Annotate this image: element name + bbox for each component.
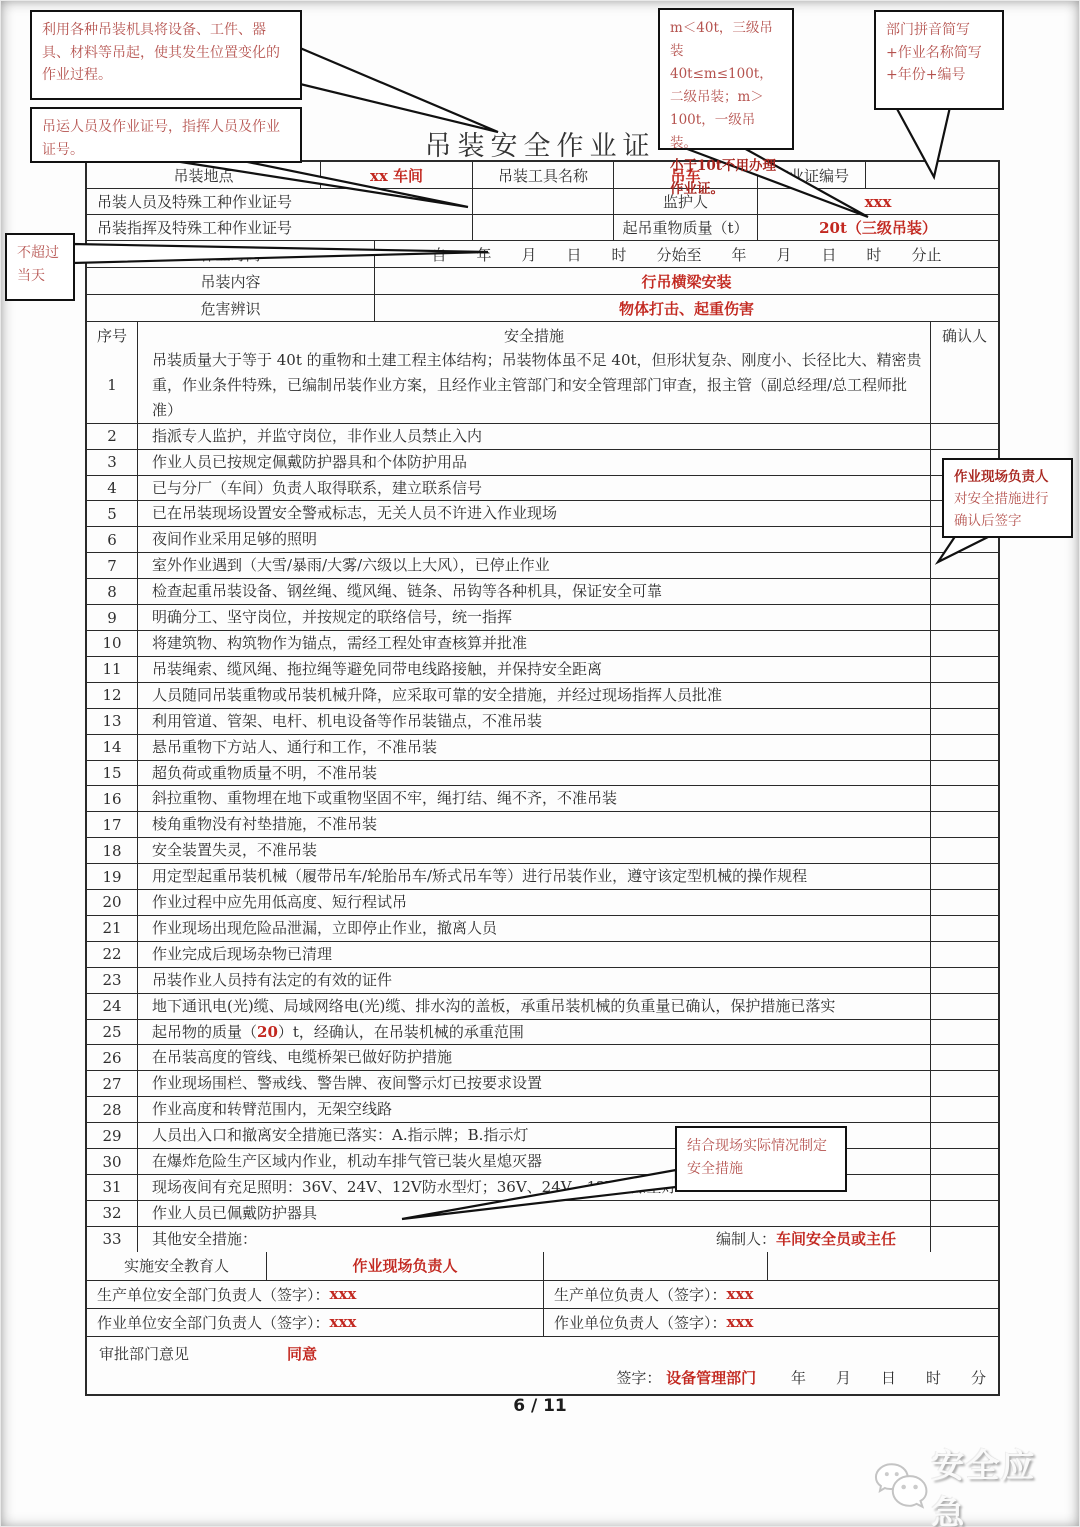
measure-text: 已在吊装现场设置安全警戒标志，无关人员不许进入作业现场 — [137, 501, 930, 526]
measure-no: 28 — [87, 1097, 137, 1122]
measure-confirm-cell — [930, 968, 998, 993]
measure-row: 10将建筑物、构筑物作为锚点，需经工程处审查核算并批准 — [87, 630, 998, 656]
measure-no: 4 — [87, 476, 137, 501]
measure-row: 20作业过程中应先用低高度、短行程试吊 — [87, 889, 998, 915]
measure-no: 31 — [87, 1175, 137, 1200]
measure-text: 地下通讯电(光)缆、局域网络电(光)缆、排水沟的盖板，承重吊装机械的负重量已确认… — [137, 994, 930, 1019]
measure-row: 11吊装绳索、缆风绳、拖拉绳等避免同带电线路接触，并保持安全距离 — [87, 656, 998, 682]
work-head-label: 作业单位负责人（签字）： — [554, 1312, 727, 1333]
location-value: xx 车间 — [320, 162, 472, 188]
measure-no: 8 — [87, 579, 137, 604]
measure-row: 18安全装置失灵，不准吊装 — [87, 837, 998, 863]
measure-row: 28作业高度和转臂范围内，无架空线路 — [87, 1096, 998, 1122]
sign-dept: 设备管理部门 — [666, 1369, 756, 1387]
measure-row: 13利用管道、管架、电杆、机电设备等作吊装锚点，不准吊装 — [87, 708, 998, 734]
row-work-sign: 作业单位安全部门负责人（签字）： xxx 作业单位负责人（签字）： xxx — [87, 1308, 998, 1336]
measure-row: 25起吊物的质量（20）t，经确认，在吊装机械的承重范围 — [87, 1019, 998, 1045]
row-commander: 吊装指挥及特殊工种作业证号 起吊重物质量（t） 20t（三级吊装） — [87, 214, 998, 240]
measure-row: 8检查起重吊装设备、钢丝绳、缆风绳、链条、吊钩等各种机具，保证安全可靠 — [87, 578, 998, 604]
hazard-label: 危害辨识 — [87, 295, 374, 321]
measure-row: 30在爆炸危险生产区域内作业，机动车排气管已装火星熄灭器 — [87, 1148, 998, 1174]
measure-row: 15超负荷或重物质量不明，不准吊装 — [87, 760, 998, 786]
permit-no-value — [865, 162, 998, 188]
measure-no: 33 — [87, 1227, 137, 1252]
measure-text: 其他安全措施：编制人：车间安全员或主任 — [137, 1227, 930, 1252]
callout-permit-no-note: 部门拼音简写+作业名称简写+年份+编号 — [874, 10, 1004, 110]
measure-no: 27 — [87, 1071, 137, 1096]
document-page: 吊装安全作业证 吊装地点 xx 车间 吊装工具名称 吊车 作业证编号 吊装人员及… — [0, 0, 1080, 1527]
measure-no: 20 — [87, 890, 137, 915]
work-safety-value: xxx — [330, 1313, 357, 1331]
measure-row: 31现场夜间有充足照明：36V、24V、12V防水型灯；36V、24V、12V防… — [87, 1174, 998, 1200]
measure-no: 11 — [87, 657, 137, 682]
callout-time-note: 不超过当天 — [5, 233, 75, 301]
content-label: 吊装内容 — [87, 268, 374, 294]
measure-confirm-cell — [930, 1175, 998, 1200]
workers-label: 吊装人员及特殊工种作业证号 — [87, 189, 472, 214]
measure-no: 1 — [87, 348, 137, 423]
measure-row: 27作业现场围栏、警戒线、警告牌、夜间警示灯已按要求设置 — [87, 1070, 998, 1096]
measure-row: 5已在吊装现场设置安全警戒标志，无关人员不许进入作业现场 — [87, 500, 998, 526]
measure-confirm-cell — [930, 786, 998, 811]
commander-label: 吊装指挥及特殊工种作业证号 — [87, 215, 472, 240]
measure-row: 26在吊装高度的管线、电缆桥架已做好防护措施 — [87, 1044, 998, 1070]
measure-no: 21 — [87, 916, 137, 941]
row-hazard: 危害辨识 物体打击、起重伤害 — [87, 294, 998, 321]
measure-text: 作业过程中应先用低高度、短行程试吊 — [137, 890, 930, 915]
callout-personnel-note: 吊运人员及作业证号，指挥人员及作业证号。 — [30, 107, 302, 163]
measure-no: 16 — [87, 786, 137, 811]
measure-text: 作业现场出现危险品泄漏，立即停止作业，撤离人员 — [137, 916, 930, 941]
compiler-value: 车间安全员或主任 — [776, 1230, 896, 1248]
approval-label: 审批部门意见 — [99, 1343, 189, 1364]
measure-confirm-cell — [930, 657, 998, 682]
sign-date-blanks — [761, 1369, 791, 1387]
location-label: 吊装地点 — [87, 162, 320, 188]
measure-text: 棱角重物没有衬垫措施，不准吊装 — [137, 812, 930, 837]
measure-right-note: 编制人：车间安全员或主任 — [716, 1227, 922, 1252]
measure-row: 19用定型起重吊装机械（履带吊车/轮胎吊车/矫式吊车等）进行吊装作业，遵守该定型… — [87, 863, 998, 889]
callout-lifting-definition: 利用各种吊装机具将设备、工件、器具、材料等吊起，使其发生位置变化的作业过程。 — [30, 10, 302, 100]
measure-confirm-cell — [930, 605, 998, 630]
chat-bubbles-icon — [870, 1458, 931, 1516]
measure-text: 已与分厂（车间）负责人取得联系，建立联系信号 — [137, 476, 930, 501]
prod-head-label: 生产单位负责人（签字）： — [554, 1284, 727, 1305]
weight-value: 20t（三级吊装） — [757, 215, 998, 240]
time-value: 自 年 月 日 时 分始至 年 月 日 时 分止 — [374, 241, 998, 267]
measure-no: 13 — [87, 709, 137, 734]
measure-no: 25 — [87, 1020, 137, 1045]
confirm-note-bold: 作业现场负责人 — [954, 467, 1061, 489]
measure-confirm-cell — [930, 424, 998, 449]
measure-row: 14悬吊重物下方站人、通行和工作，不准吊装 — [87, 734, 998, 760]
measure-row: 7室外作业遇到（大雪/暴雨/大雾/六级以上大风），已停止作业 — [87, 552, 998, 578]
confirm-note-rest: 对安全措施进行确认后签字 — [954, 491, 1049, 529]
measure-no: 32 — [87, 1201, 137, 1226]
measure-confirm-cell — [930, 890, 998, 915]
measure-text: 检查起重吊装设备、钢丝绳、缆风绳、链条、吊钩等各种机具，保证安全可靠 — [137, 579, 930, 604]
row-content: 吊装内容 行吊横梁安装 — [87, 267, 998, 294]
page-number: 6 / 11 — [0, 1396, 1080, 1416]
measures-header: 序号 安全措施 确认人 — [87, 321, 998, 348]
educator-value: 作业现场负责人 — [266, 1252, 543, 1280]
measure-no: 17 — [87, 812, 137, 837]
measure-confirm-cell — [930, 579, 998, 604]
weight-label: 起吊重物质量（t） — [613, 215, 757, 240]
row-prod-sign: 生产单位安全部门负责人（签字）： xxx 生产单位负责人（签字）： xxx — [87, 1280, 998, 1308]
educator-label: 实施安全教育人 — [87, 1252, 266, 1280]
approval-value: 同意 — [287, 1343, 317, 1364]
work-safety-label: 作业单位安全部门负责人（签字）： — [97, 1312, 330, 1333]
prod-safety-label: 生产单位安全部门负责人（签字）： — [97, 1284, 330, 1305]
measure-row: 2指派专人监护，并监守岗位，非作业人员禁止入内 — [87, 423, 998, 449]
measure-confirm-cell — [930, 761, 998, 786]
measure-text: 夜间作业采用足够的照明 — [137, 527, 930, 552]
commander-value — [472, 215, 613, 240]
measure-confirm-cell — [930, 916, 998, 941]
measure-no: 30 — [87, 1149, 137, 1174]
measure-no: 26 — [87, 1045, 137, 1070]
measure-text: 超负荷或重物质量不明，不准吊装 — [137, 761, 930, 786]
measure-confirm-cell — [930, 1227, 998, 1252]
measure-text: 指派专人监护，并监守岗位，非作业人员禁止入内 — [137, 424, 930, 449]
measure-row: 23吊装作业人员持有法定的有效的证件 — [87, 967, 998, 993]
measure-row: 33其他安全措施：编制人：车间安全员或主任 — [87, 1226, 998, 1252]
work-safety-sign: 作业单位安全部门负责人（签字）： xxx — [87, 1309, 543, 1336]
measure-confirm-cell — [930, 1149, 998, 1174]
measure-confirm-cell — [930, 631, 998, 656]
measure-confirm-cell — [930, 1201, 998, 1226]
measure-text: 在吊装高度的管线、电缆桥架已做好防护措施 — [137, 1045, 930, 1070]
measure-text: 作业现场围栏、警戒线、警告牌、夜间警示灯已按要求设置 — [137, 1071, 930, 1096]
measure-text: 作业完成后现场杂物已清理 — [137, 942, 930, 967]
measure-confirm-cell — [930, 994, 998, 1019]
measure-row: 24地下通讯电(光)缆、局域网络电(光)缆、排水沟的盖板，承重吊装机械的负重量已… — [87, 993, 998, 1019]
measure-no: 29 — [87, 1123, 137, 1148]
measure-text: 室外作业遇到（大雪/暴雨/大雾/六级以上大风），已停止作业 — [137, 553, 930, 578]
measure-no: 10 — [87, 631, 137, 656]
measure-no: 5 — [87, 501, 137, 526]
measure-no: 7 — [87, 553, 137, 578]
guardian-value: xxx — [757, 189, 998, 214]
measure-confirm-cell — [930, 683, 998, 708]
measure-text: 明确分工、坚守岗位，并按规定的联络信号，统一指挥 — [137, 605, 930, 630]
measure-text: 吊装质量大于等于 40t 的重物和土建工程主体结构；吊装物体虽不足 40t，但形… — [137, 348, 930, 423]
grade-note-normal: m＜40t，三级吊装 40t≤m≤100t，二级吊装；m＞100t，一级吊装。 — [670, 20, 773, 151]
measure-confirm-cell — [930, 942, 998, 967]
measure-confirm-cell — [930, 1020, 998, 1045]
prod-safety-value: xxx — [330, 1285, 357, 1303]
time-label: 作业时间 — [87, 241, 374, 267]
measure-no: 14 — [87, 735, 137, 760]
grade-note-bold: 小于10t不用办理作业证。 — [670, 155, 782, 201]
hazard-value: 物体打击、起重伤害 — [374, 295, 998, 321]
measure-row: 29人员出入口和撤离安全措施已落实：A.指示牌；B.指示灯 — [87, 1122, 998, 1148]
measure-confirm-cell — [930, 812, 998, 837]
measure-row: 16斜拉重物、重物埋在地下或重物坚固不牢，绳打结、绳不齐，不准吊装 — [87, 785, 998, 811]
callout-confirm-note: 作业现场负责人 对安全措施进行确认后签字 — [942, 458, 1073, 538]
measure-confirm-cell — [930, 1045, 998, 1070]
row-time: 作业时间 自 年 月 日 时 分始至 年 月 日 时 分止 — [87, 240, 998, 267]
measure-no: 9 — [87, 605, 137, 630]
measure-text: 悬吊重物下方站人、通行和工作，不准吊装 — [137, 735, 930, 760]
measure-confirm-cell — [930, 348, 998, 423]
measure-red-value: 20 — [257, 1023, 278, 1041]
measure-row: 9明确分工、坚守岗位，并按规定的联络信号，统一指挥 — [87, 604, 998, 630]
measure-row: 4已与分厂（车间）负责人取得联系，建立联系信号 — [87, 475, 998, 501]
measure-no: 23 — [87, 968, 137, 993]
measure-text: 安全装置失灵，不准吊装 — [137, 838, 930, 863]
measure-row: 32作业人员已佩戴防护器具 — [87, 1200, 998, 1226]
measure-confirm-cell — [930, 1123, 998, 1148]
measure-text: 吊装绳索、缆风绳、拖拉绳等避免同带电线路接触，并保持安全距离 — [137, 657, 930, 682]
col-measure: 安全措施 — [137, 322, 930, 348]
tool-label: 吊装工具名称 — [472, 162, 613, 188]
measure-text: 人员随同吊装重物或吊装机械升降，应采取可靠的安全措施，并经过现场指挥人员批准 — [137, 683, 930, 708]
measure-text: 起吊物的质量（20）t，经确认，在吊装机械的承重范围 — [137, 1020, 930, 1045]
measure-no: 2 — [87, 424, 137, 449]
work-head-value: xxx — [727, 1313, 754, 1331]
measure-no: 3 — [87, 450, 137, 475]
measure-row: 1吊装质量大于等于 40t 的重物和土建工程主体结构；吊装物体虽不足 40t，但… — [87, 348, 998, 423]
row-educator: 实施安全教育人 作业现场负责人 — [87, 1252, 998, 1280]
measure-text: 作业人员已佩戴防护器具 — [137, 1201, 930, 1226]
measure-confirm-cell — [930, 735, 998, 760]
prod-head-sign: 生产单位负责人（签字）： xxx — [543, 1281, 994, 1308]
measure-row: 21作业现场出现危险品泄漏，立即停止作业，撤离人员 — [87, 915, 998, 941]
measure-row: 22作业完成后现场杂物已清理 — [87, 941, 998, 967]
educator-blank-2 — [767, 1252, 994, 1280]
measure-confirm-cell — [930, 709, 998, 734]
prod-head-value: xxx — [727, 1285, 754, 1303]
work-head-sign: 作业单位负责人（签字）： xxx — [543, 1309, 994, 1336]
measure-no: 18 — [87, 838, 137, 863]
content-value: 行吊横梁安装 — [374, 268, 998, 294]
measure-no: 19 — [87, 864, 137, 889]
measure-confirm-cell — [930, 1071, 998, 1096]
row-approval: 审批部门意见 同意 签字： 设备管理部门 年 月 日 时 分 — [87, 1336, 998, 1394]
approval-sign-line: 签字： 设备管理部门 年 月 日 时 分 — [616, 1367, 986, 1388]
measure-text: 吊装作业人员持有法定的有效的证件 — [137, 968, 930, 993]
measure-no: 24 — [87, 994, 137, 1019]
row-workers: 吊装人员及特殊工种作业证号 监护人 xxx — [87, 188, 998, 214]
measure-text: 利用管道、管架、电杆、机电设备等作吊装锚点，不准吊装 — [137, 709, 930, 734]
measure-text: 作业人员已按规定佩戴防护器具和个体防护用品 — [137, 450, 930, 475]
callout-site-note: 结合现场实际情况制定安全措施 — [675, 1126, 847, 1192]
workers-value — [472, 189, 613, 214]
measure-no: 22 — [87, 942, 137, 967]
educator-blank-1 — [543, 1252, 767, 1280]
measure-confirm-cell — [930, 838, 998, 863]
permit-form: 吊装地点 xx 车间 吊装工具名称 吊车 作业证编号 吊装人员及特殊工种作业证号… — [85, 160, 1000, 1396]
measure-row: 3作业人员已按规定佩戴防护器具和个体防护用品 — [87, 449, 998, 475]
brand-name: 安全应急 — [931, 1440, 1070, 1527]
sign-label: 签字： — [616, 1369, 661, 1387]
measure-confirm-cell — [930, 864, 998, 889]
row-location: 吊装地点 xx 车间 吊装工具名称 吊车 作业证编号 — [87, 162, 998, 188]
callout-grade-note: m＜40t，三级吊装 40t≤m≤100t，二级吊装；m＞100t，一级吊装。 … — [658, 8, 794, 150]
col-no: 序号 — [87, 322, 137, 348]
col-confirm: 确认人 — [930, 322, 998, 348]
measure-no: 12 — [87, 683, 137, 708]
measure-row: 17棱角重物没有衬垫措施，不准吊装 — [87, 811, 998, 837]
measures-rows: 1吊装质量大于等于 40t 的重物和土建工程主体结构；吊装物体虽不足 40t，但… — [87, 348, 998, 1252]
measure-confirm-cell — [930, 1097, 998, 1122]
sign-date: 年 月 日 时 分 — [791, 1369, 986, 1387]
measure-text: 将建筑物、构筑物作为锚点，需经工程处审查核算并批准 — [137, 631, 930, 656]
measure-row: 12人员随同吊装重物或吊装机械升降，应采取可靠的安全措施，并经过现场指挥人员批准 — [87, 682, 998, 708]
brand-footer: 安全应急 — [870, 1452, 1070, 1522]
measure-no: 15 — [87, 761, 137, 786]
measure-no: 6 — [87, 527, 137, 552]
prod-safety-sign: 生产单位安全部门负责人（签字）： xxx — [87, 1281, 543, 1308]
measure-text: 斜拉重物、重物埋在地下或重物坚固不牢，绳打结、绳不齐，不准吊装 — [137, 786, 930, 811]
measure-text: 作业高度和转臂范围内，无架空线路 — [137, 1097, 930, 1122]
measure-row: 6夜间作业采用足够的照明 — [87, 526, 998, 552]
measure-text: 用定型起重吊装机械（履带吊车/轮胎吊车/矫式吊车等）进行吊装作业，遵守该定型机械… — [137, 864, 930, 889]
measure-confirm-cell — [930, 553, 998, 578]
